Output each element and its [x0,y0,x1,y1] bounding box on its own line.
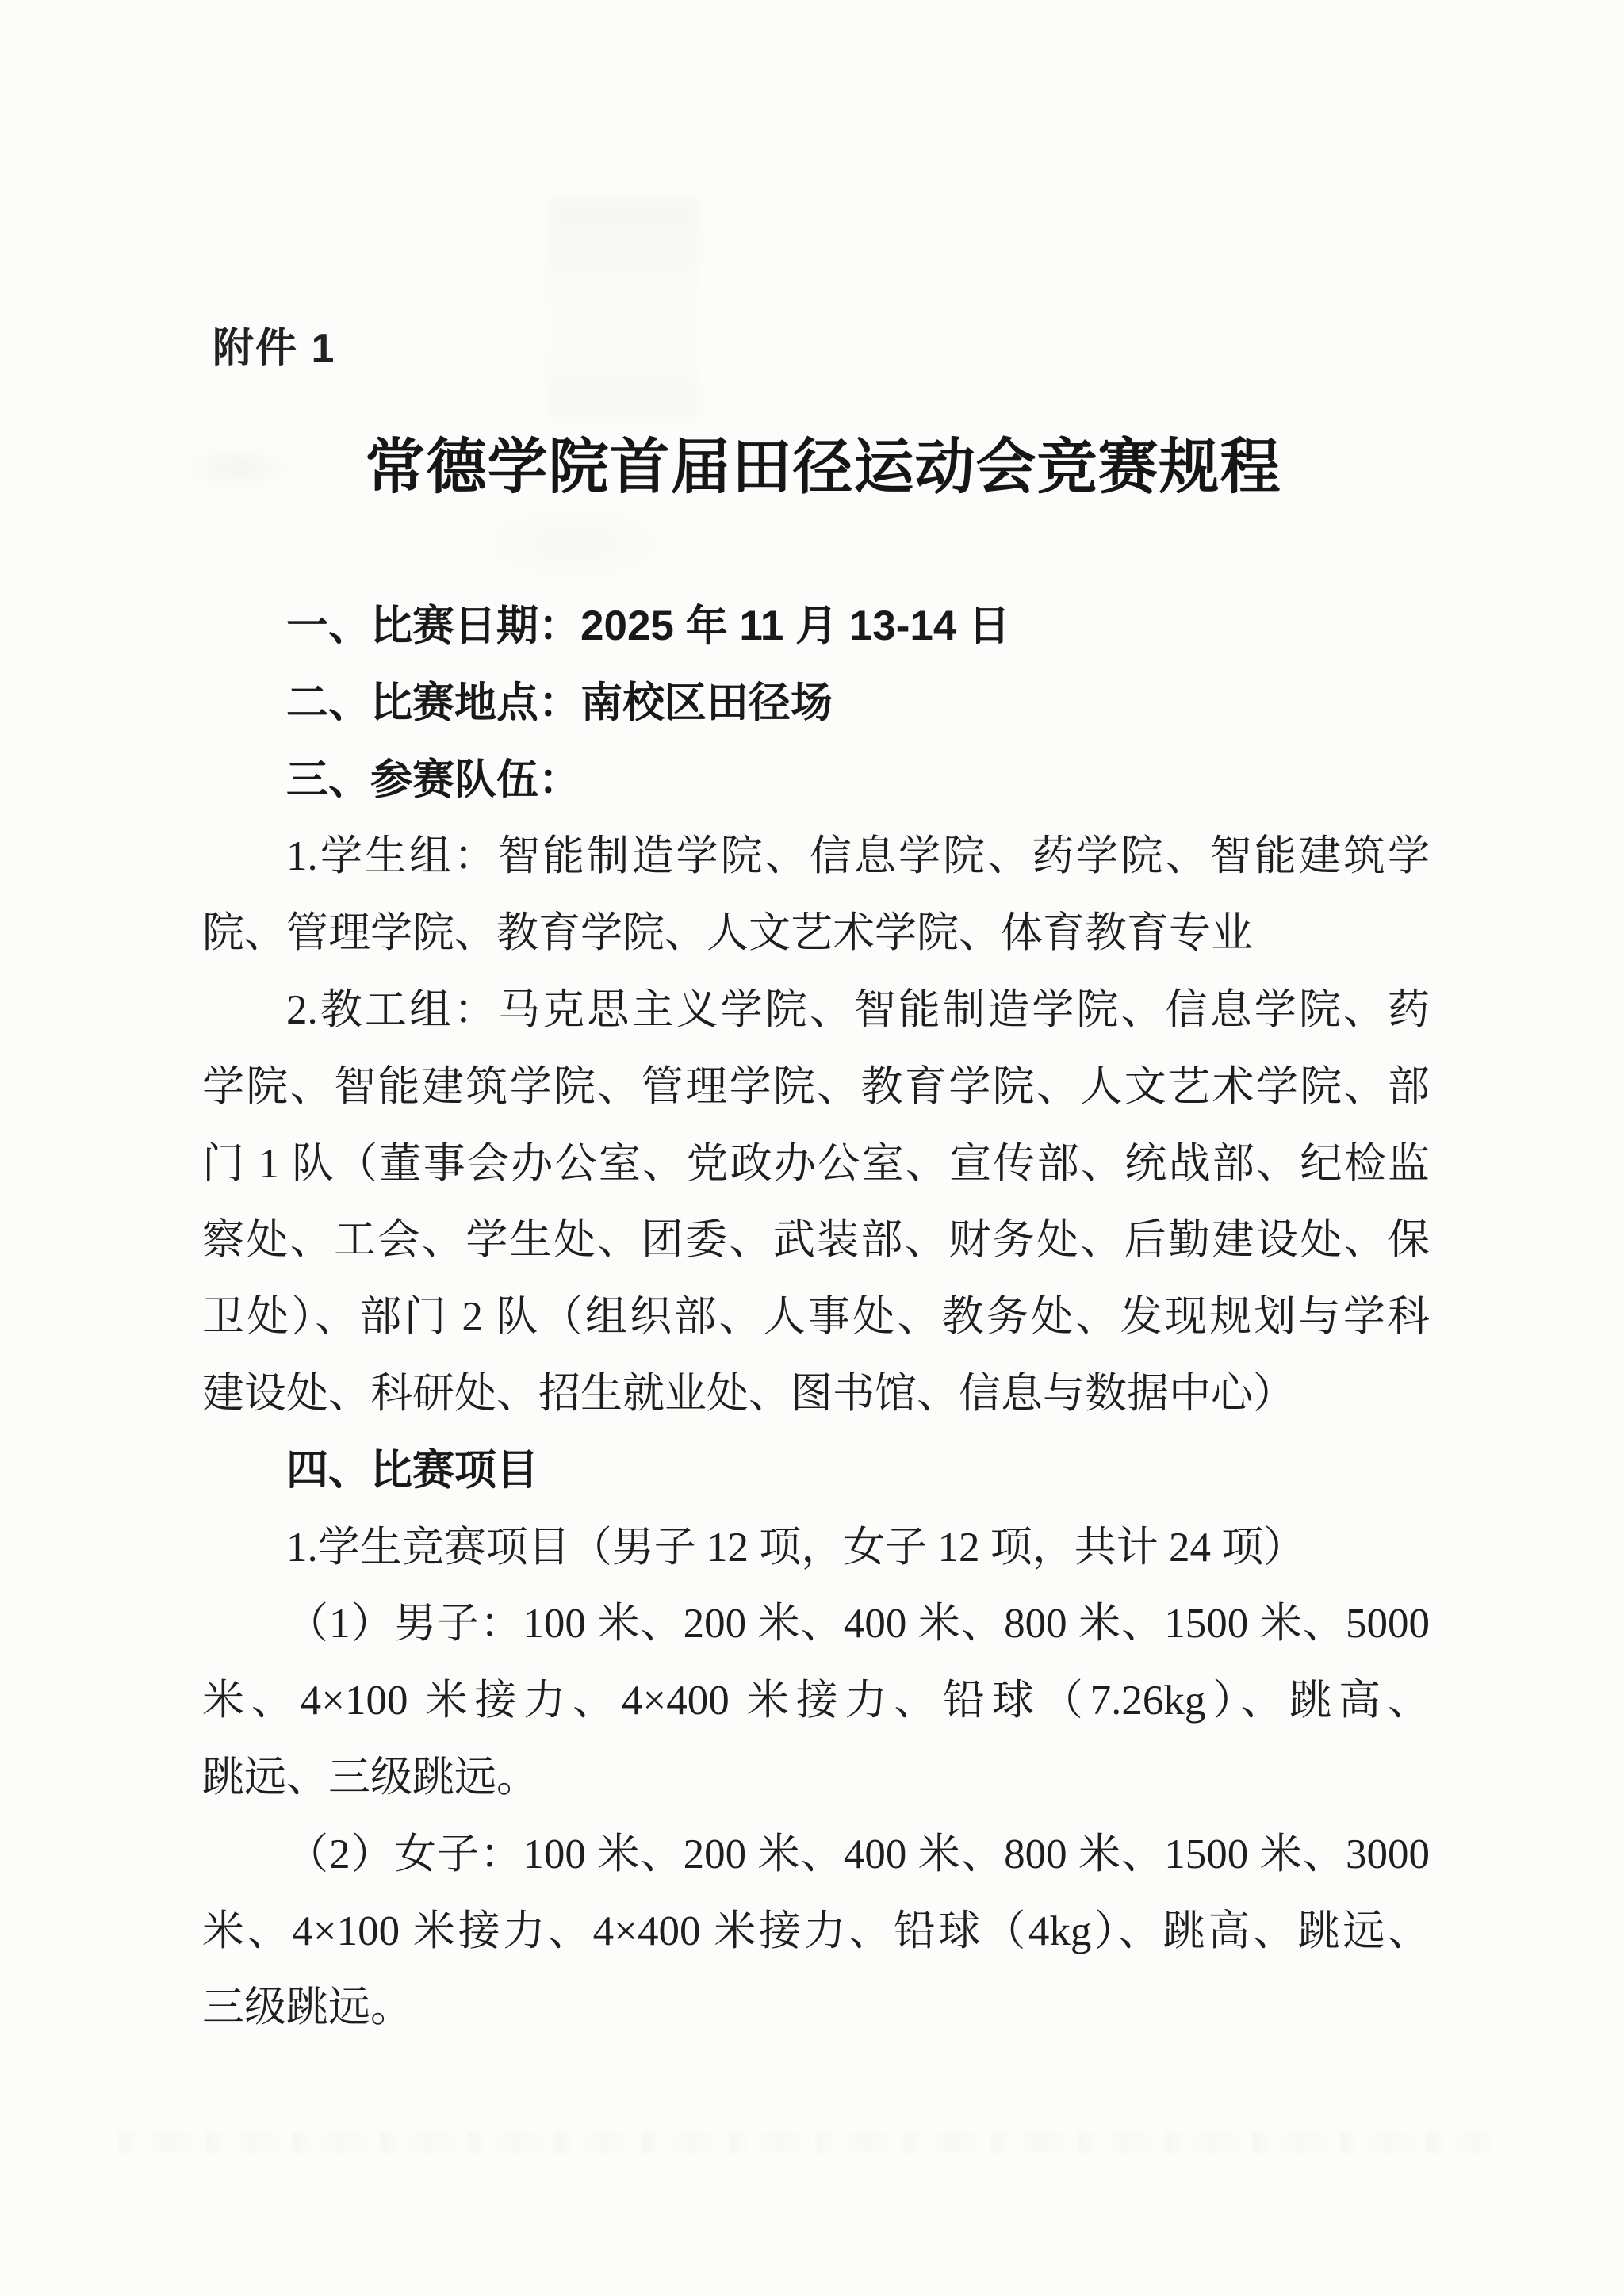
scanned-document-page: 附件 1 常德学院首届田径运动会竞赛规程 一、比赛日期：2025 年 11 月 … [0,0,1624,2296]
line-staff-group-1: 2.教工组：马克思主义学院、智能制造学院、信息学院、药 [202,972,1430,1049]
line-teams-heading: 三、参赛队伍： [202,742,1430,819]
document-body: 一、比赛日期：2025 年 11 月 13-14 日 二、比赛地点：南校区田径场… [202,588,1430,2046]
scan-artifact [547,198,698,420]
line-venue-heading: 二、比赛地点：南校区田径场 [202,665,1430,742]
line-staff-group-5: 卫处）、部门 2 队（组织部、人事处、教务处、发现规划与学科 [202,1279,1430,1356]
scan-artifact [119,2131,1491,2153]
attachment-label: 附件 1 [213,325,335,373]
line-student-group-1: 1.学生组：智能制造学院、信息学院、药学院、智能建筑学 [202,818,1430,895]
line-staff-group-4: 察处、工会、学生处、团委、武装部、财务处、后勤建设处、保 [202,1202,1430,1279]
line-student-group-2: 院、管理学院、教育学院、人文艺术学院、体育教育专业 [202,895,1430,972]
document-title: 常德学院首届田径运动会竞赛规程 [11,428,1624,507]
line-men-events-3: 跳远、三级跳远。 [202,1739,1430,1816]
line-events-heading: 四、比赛项目 [202,1433,1430,1510]
line-men-events-2: 米、4×100 米接力、4×400 米接力、铅球（7.26kg）、跳高、 [202,1663,1430,1739]
line-women-events-2: 米、4×100 米接力、4×400 米接力、铅球（4kg）、跳高、跳远、 [202,1893,1430,1970]
line-women-events-3: 三级跳远。 [202,1969,1430,2046]
line-staff-group-2: 学院、智能建筑学院、管理学院、教育学院、人文艺术学院、部 [202,1049,1430,1126]
line-men-events-1: （1）男子：100 米、200 米、400 米、800 米、1500 米、500… [202,1586,1430,1663]
line-date-heading: 一、比赛日期：2025 年 11 月 13-14 日 [202,588,1430,665]
line-staff-group-6: 建设处、科研处、招生就业处、图书馆、信息与数据中心） [202,1356,1430,1433]
line-staff-group-3: 门 1 队（董事会办公室、党政办公室、宣传部、统战部、纪检监 [202,1126,1430,1203]
line-student-events-summary: 1.学生竞赛项目（男子 12 项，女子 12 项，共计 24 项） [202,1510,1430,1586]
line-women-events-1: （2）女子：100 米、200 米、400 米、800 米、1500 米、300… [202,1816,1430,1893]
